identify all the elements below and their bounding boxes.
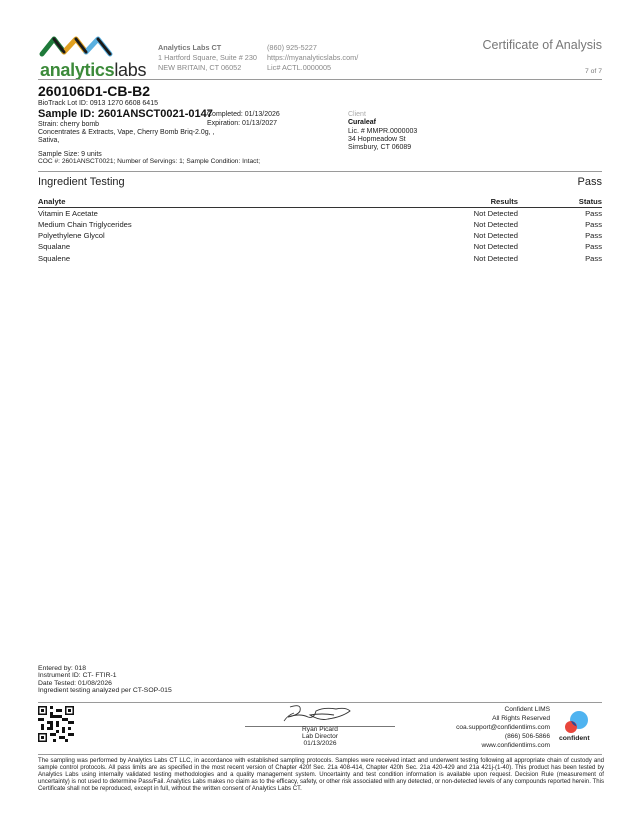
client-license: Lic. # MMPR.0000003 bbox=[348, 128, 417, 136]
column-header-results: Results bbox=[378, 197, 518, 207]
confident-circles-icon bbox=[557, 710, 597, 736]
table-row: Squalane Not Detected Pass bbox=[38, 241, 602, 252]
analyte-name: Squalane bbox=[38, 241, 378, 252]
lims-url[interactable]: www.confidentlims.com bbox=[456, 741, 550, 750]
lab-url[interactable]: https://myanalyticslabs.com/ bbox=[267, 53, 358, 63]
product-category: Concentrates & Extracts, Vape, Cherry Bo… bbox=[38, 129, 218, 146]
logo-wordmark: analyticslabs bbox=[40, 60, 146, 81]
lab-name: Analytics Labs CT bbox=[158, 43, 257, 53]
analyte-name: Vitamin E Acetate bbox=[38, 208, 378, 219]
client-name: Curaleaf bbox=[348, 119, 417, 127]
biotrack-lot-id: BioTrack Lot ID: 0913 1270 6608 6415 bbox=[38, 100, 158, 107]
analytics-labs-logo: analyticslabs bbox=[38, 34, 148, 80]
lab-license: Lic# ACTL.0000005 bbox=[267, 63, 358, 73]
client-info: Client Curaleaf Lic. # MMPR.0000003 34 H… bbox=[348, 111, 417, 152]
analyte-status: Pass bbox=[518, 208, 602, 219]
confident-wordmark: confident bbox=[559, 735, 590, 742]
table-row: Squalene Not Detected Pass bbox=[38, 253, 602, 264]
lims-info: Confident LIMS All Rights Reserved coa.s… bbox=[456, 705, 550, 750]
section-title: Ingredient Testing bbox=[38, 176, 125, 188]
strain: Strain: cherry bomb bbox=[38, 121, 99, 128]
signed-date: 01/13/2026 bbox=[245, 741, 395, 748]
section-divider bbox=[38, 171, 602, 172]
batch-id: 260106D1-CB-B2 bbox=[38, 83, 150, 99]
analyte-name: Polyethylene Glycol bbox=[38, 230, 378, 241]
sample-dates: Completed: 01/13/2026 Expiration: 01/13/… bbox=[207, 111, 280, 128]
lab-contact: (860) 925-5227 https://myanalyticslabs.c… bbox=[267, 43, 358, 73]
analyte-result: Not Detected bbox=[378, 208, 518, 219]
table-header: Analyte Results Status bbox=[38, 197, 602, 208]
analyte-result: Not Detected bbox=[378, 253, 518, 264]
disclaimer: The sampling was performed by Analytics … bbox=[38, 758, 604, 793]
analyte-result: Not Detected bbox=[378, 219, 518, 230]
document-title: Certificate of Analysis bbox=[483, 38, 603, 52]
logo-wave-icon bbox=[38, 34, 128, 58]
lab-address-line-2: NEW BRITAIN, CT 06052 bbox=[158, 63, 257, 73]
entered-by: Entered by: 018 bbox=[38, 665, 172, 672]
client-address-line-2: Simsbury, CT 06089 bbox=[348, 144, 417, 152]
signature-icon bbox=[280, 703, 360, 725]
analyte-result: Not Detected bbox=[378, 230, 518, 241]
qr-code-icon[interactable] bbox=[38, 706, 74, 742]
results-table: Analyte Results Status Vitamin E Acetate… bbox=[38, 197, 602, 264]
client-label: Client bbox=[348, 111, 417, 119]
disclaimer-divider bbox=[38, 754, 602, 755]
lab-info: Analytics Labs CT 1 Hartford Square, Sui… bbox=[158, 43, 257, 73]
signer-block: Ryan Picard Lab Director 01/13/2026 bbox=[245, 727, 395, 748]
method-note: Ingredient testing analyzed per CT-SOP-0… bbox=[38, 687, 172, 694]
column-header-status: Status bbox=[518, 197, 602, 207]
confident-logo: confident bbox=[557, 710, 597, 746]
table-row: Medium Chain Triglycerides Not Detected … bbox=[38, 219, 602, 230]
lims-rights: All Rights Reserved bbox=[456, 714, 550, 723]
column-header-analyte: Analyte bbox=[38, 197, 378, 207]
sample-id: Sample ID: 2601ANSCT0021-0147 bbox=[38, 108, 213, 120]
client-address-line-1: 34 Hopmeadow St bbox=[348, 136, 417, 144]
page-indicator: 7 of 7 bbox=[585, 68, 602, 75]
test-notes: Entered by: 018 Instrument ID: CT- FTIR-… bbox=[38, 665, 172, 695]
lab-phone: (860) 925-5227 bbox=[267, 43, 358, 53]
lab-address-line-1: 1 Hartford Square, Suite # 230 bbox=[158, 53, 257, 63]
analyte-name: Medium Chain Triglycerides bbox=[38, 219, 378, 230]
expiration-date: Expiration: 01/13/2027 bbox=[207, 120, 280, 129]
section-status: Pass bbox=[578, 176, 602, 188]
logo-wordmark-bold: analytics bbox=[40, 60, 114, 80]
instrument-id: Instrument ID: CT- FTIR-1 bbox=[38, 672, 172, 679]
date-tested: Date Tested: 01/08/2026 bbox=[38, 680, 172, 687]
coc-line: COC #: 2601ANSCT0021; Number of Servings… bbox=[38, 158, 260, 165]
completed-date: Completed: 01/13/2026 bbox=[207, 111, 280, 120]
analyte-result: Not Detected bbox=[378, 241, 518, 252]
header-divider bbox=[38, 79, 602, 80]
analyte-status: Pass bbox=[518, 219, 602, 230]
analyte-name: Squalene bbox=[38, 253, 378, 264]
analyte-status: Pass bbox=[518, 241, 602, 252]
sample-size: Sample Size: 9 units bbox=[38, 151, 102, 158]
analyte-status: Pass bbox=[518, 253, 602, 264]
analyte-status: Pass bbox=[518, 230, 602, 241]
logo-wordmark-light: labs bbox=[114, 60, 146, 80]
table-row: Polyethylene Glycol Not Detected Pass bbox=[38, 230, 602, 241]
lims-phone: (866) 506-5866 bbox=[456, 732, 550, 741]
lims-email[interactable]: coa.support@confidentlims.com bbox=[456, 723, 550, 732]
lims-name: Confident LIMS bbox=[456, 705, 550, 714]
table-row: Vitamin E Acetate Not Detected Pass bbox=[38, 208, 602, 219]
